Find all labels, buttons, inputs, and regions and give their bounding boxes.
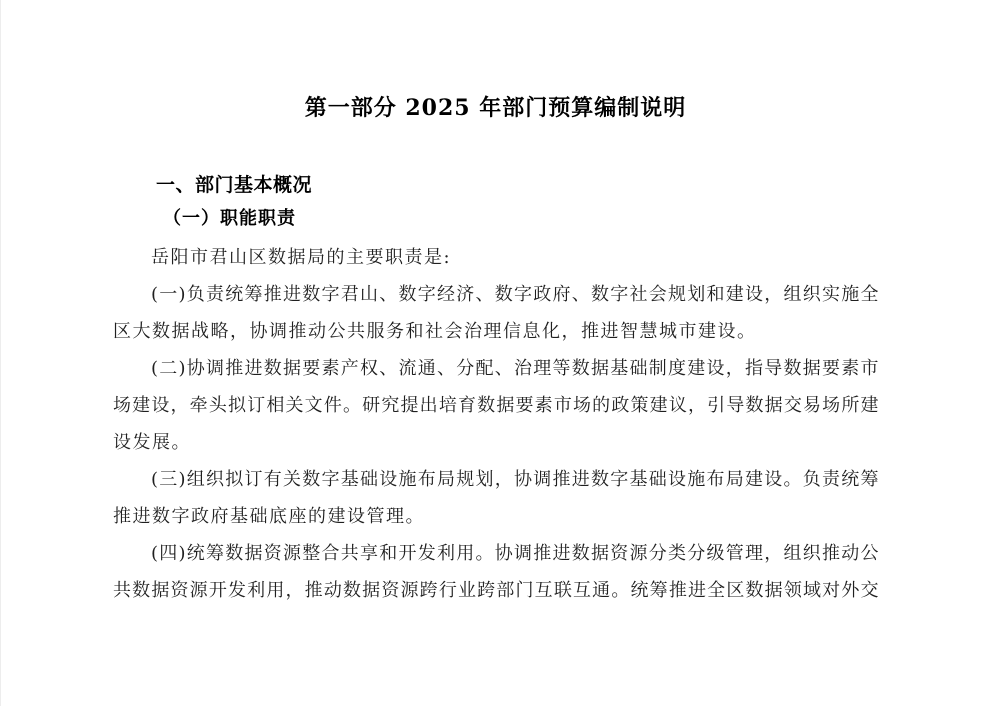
paragraph-4-line-2: 共数据资源开发利用，推动数据资源跨行业跨部门互联互通。统筹推进全区数据领域对外交	[113, 572, 879, 609]
paragraph-1-line-2: 区大数据战略，协调推动公共服务和社会治理信息化，推进智慧城市建设。	[113, 313, 879, 350]
section-heading-department-overview: 一、部门基本概况	[113, 172, 878, 198]
paragraph-3-line-2: 推进数字政府基础底座的建设管理。	[113, 498, 879, 535]
paragraph-intro-line: 岳阳市君山区数据局的主要职责是:	[113, 239, 879, 276]
paragraph-2-line-3: 设发展。	[113, 424, 879, 461]
subsection-heading-functions-duties: （一）职能职责	[113, 206, 878, 232]
paragraph-1-line-1: (一)负责统筹推进数字君山、数字经济、数字政府、数字社会规划和建设，组织实施全	[113, 276, 879, 313]
document-title: 第一部分 2025 年部门预算编制说明	[113, 92, 878, 124]
document-page: 第一部分 2025 年部门预算编制说明 一、部门基本概况 （一）职能职责 岳阳市…	[0, 0, 1000, 706]
paragraph-2-line-2: 场建设，牵头拟订相关文件。研究提出培育数据要素市场的政策建议，引导数据交易场所建	[113, 387, 879, 424]
paragraph-2-line-1: (二)协调推进数据要素产权、流通、分配、治理等数据基础制度建设，指导数据要素市	[113, 350, 879, 387]
paragraph-4-line-1: (四)统筹数据资源整合共享和开发利用。协调推进数据资源分类分级管理，组织推动公	[113, 535, 879, 572]
paragraph-3-line-1: (三)组织拟订有关数字基础设施布局规划，协调推进数字基础设施布局建设。负责统筹	[113, 461, 879, 498]
body-text: 岳阳市君山区数据局的主要职责是: (一)负责统筹推进数字君山、数字经济、数字政府…	[113, 239, 879, 609]
